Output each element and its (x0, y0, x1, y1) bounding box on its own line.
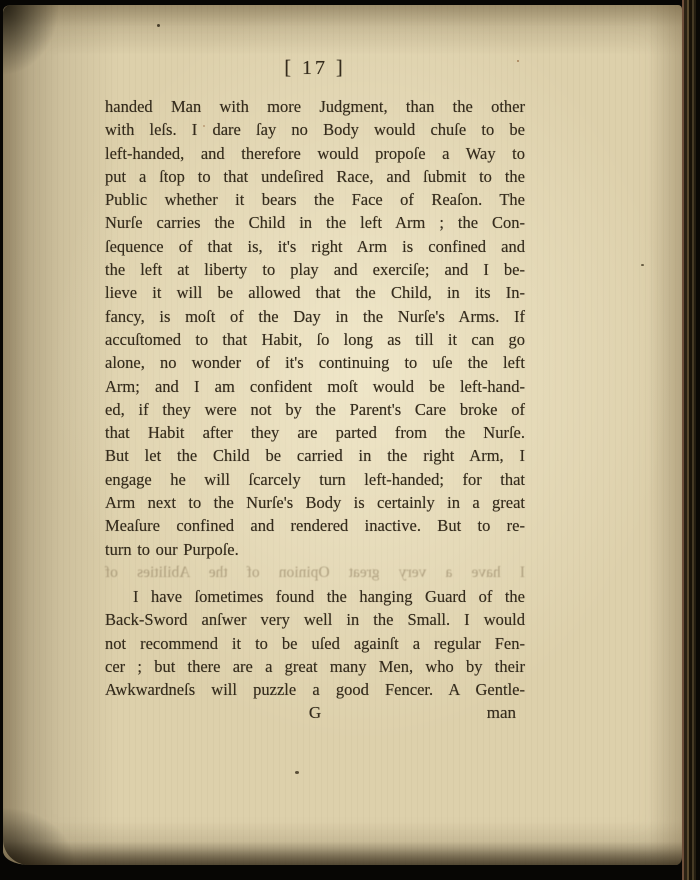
text-line: not recommend it to be uſed againſt a re… (105, 632, 525, 655)
signature-mark: G (309, 701, 321, 724)
gutter-shadow-top (3, 5, 93, 115)
text-line: ed, if they were not by the Parent's Car… (105, 398, 525, 421)
text-line: lieve it will be allowed that the Child,… (105, 281, 525, 304)
text-line: with leſs. I dare ſay no Body would chuſ… (105, 118, 525, 141)
text-line: that Habit after they are parted from th… (105, 421, 525, 444)
text-line: alone, no wonder of it's continuing to u… (105, 351, 525, 374)
text-line: Back-Sword anſwer very well in the Small… (105, 608, 525, 631)
text-line: cer ; but there are a great many Men, wh… (105, 655, 525, 678)
book-page: [ 17 ] handed Man with more Judgment, th… (3, 5, 682, 865)
page-bottom-shadow (3, 839, 682, 865)
text-line: handed Man with more Judgment, than the … (105, 95, 525, 118)
text-line: Awkwardneſs will puzzle a good Fencer. A… (105, 678, 525, 701)
foxing-speck (157, 24, 160, 27)
text-line: Arm next to the Nurſe's Body is certainl… (105, 491, 525, 514)
text-line: fancy, is moſt of the Day in the Nurſe's… (105, 305, 525, 328)
paragraph-1: handed Man with more Judgment, than the … (105, 95, 525, 561)
catchword: man (487, 701, 516, 724)
foxing-speck (641, 264, 644, 266)
book-page-edges (681, 0, 700, 880)
text-line: put a ſtop to that undeſired Race, and ſ… (105, 165, 525, 188)
text-line: engage he will ſcarcely turn left-handed… (105, 468, 525, 491)
text-line: accuſtomed to that Habit, ſo long as til… (105, 328, 525, 351)
text-line: Public whether it bears the Face of Reaſ… (105, 188, 525, 211)
text-line: turn to our Purpoſe. (105, 538, 525, 561)
text-line: ſequence of that is, it's right Arm is c… (105, 235, 525, 258)
foxing-speck (295, 771, 299, 774)
text-line: left-handed, and therefore would propoſe… (105, 142, 525, 165)
text-line: the left at liberty to play and exerciſe… (105, 258, 525, 281)
text-column: [ 17 ] handed Man with more Judgment, th… (105, 57, 525, 725)
text-line: Meaſure confined and rendered inactive. … (105, 514, 525, 537)
scanned-book-photo: [ 17 ] handed Man with more Judgment, th… (0, 0, 700, 880)
text-line: I have ſometimes found the hanging Guard… (105, 585, 525, 608)
bleed-through-line: I have a very great Opinion of the Abili… (105, 561, 525, 585)
signature-row: G man (105, 701, 525, 724)
text-line: But let the Child be carried in the righ… (105, 444, 525, 467)
text-line: Arm; and I am confident moſt would be le… (105, 375, 525, 398)
page-number-header: [ 17 ] (105, 57, 525, 87)
paragraph-2: I have ſometimes found the hanging Guard… (105, 585, 525, 701)
text-line: Nurſe carries the Child in the left Arm … (105, 211, 525, 234)
